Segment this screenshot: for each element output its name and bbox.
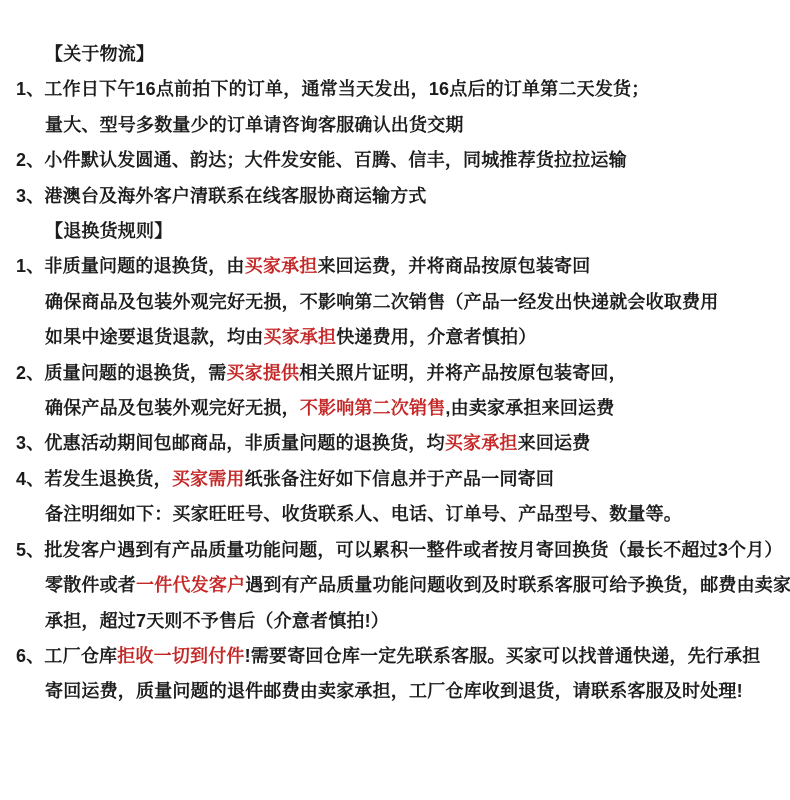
policy-line: 零散件或者一件代发客户遇到有产品质量功能问题收到及时联系客服可给予换货，邮费由卖…	[0, 568, 790, 603]
text-segment: 批发客户遇到有产品质量功能问题，可以累积一整件或者按月寄回换货（最长不超过3个月…	[44, 540, 782, 560]
text-segment: 寄回运费，质量问题的退件邮费由卖家承担，工厂仓库收到退货，请联系客服及时处理!	[45, 681, 743, 701]
text-segment: 小件默认发圆通、韵达；大件发安能、百腾、信丰，同城推荐货拉拉运输	[44, 150, 626, 170]
text-segment: 若发生退换货，	[44, 469, 171, 489]
text-segment: 质量问题的退换货，需	[44, 363, 226, 383]
policy-line: 1、非质量问题的退换货，由买家承担来回运费，并将商品按原包装寄回	[0, 249, 790, 284]
text-segment: 【退换货规则】	[45, 221, 172, 241]
highlighted-text: 买家需用	[172, 469, 245, 489]
policy-line: 2、小件默认发圆通、韵达；大件发安能、百腾、信丰，同城推荐货拉拉运输	[0, 143, 790, 178]
text-segment: 备注明细如下：买家旺旺号、收货联系人、电话、订单号、产品型号、数量等。	[45, 504, 682, 524]
page: { "page": { "background": "#ffffff", "te…	[0, 0, 790, 800]
policy-line: 5、批发客户遇到有产品质量功能问题，可以累积一整件或者按月寄回换货（最长不超过3…	[0, 533, 790, 568]
text-segment: 港澳台及海外客户清联系在线客服协商运输方式	[44, 186, 426, 206]
line-number: 5、	[16, 540, 44, 560]
section-heading: 【关于物流】	[0, 37, 790, 72]
line-number: 1、	[16, 256, 44, 276]
policy-line: 如果中途要退货退款，均由买家承担快递费用，介意者慎拍）	[0, 320, 790, 355]
policy-line: 量大、型号多数量少的订单请咨询客服确认出货交期	[0, 108, 790, 143]
text-segment: 确保产品及包装外观完好无损，	[45, 398, 300, 418]
policy-line: 6、工厂仓库拒收一切到付件!需要寄回仓库一定先联系客服。买家可以找普通快递，先行…	[0, 639, 790, 674]
policy-line: 3、优惠活动期间包邮商品，非质量问题的退换货，均买家承担来回运费	[0, 426, 790, 461]
text-segment: 优惠活动期间包邮商品，非质量问题的退换货，均	[44, 433, 444, 453]
highlighted-text: 买家承担	[263, 327, 336, 347]
text-segment: ,由卖家承担来回运费	[445, 398, 614, 418]
text-segment: 来回运费	[518, 433, 591, 453]
line-number: 2、	[16, 363, 44, 383]
text-segment: 纸张备注好如下信息并于产品一同寄回	[245, 469, 554, 489]
line-number: 6、	[16, 646, 44, 666]
text-segment: 快递费用，介意者慎拍）	[336, 327, 536, 347]
policy-document: 【关于物流】1、工作日下午16点前拍下的订单，通常当天发出，16点后的订单第二天…	[0, 0, 790, 710]
text-segment: 非质量问题的退换货，由	[44, 256, 244, 276]
policy-line: 寄回运费，质量问题的退件邮费由卖家承担，工厂仓库收到退货，请联系客服及时处理!	[0, 674, 790, 709]
policy-line: 3、港澳台及海外客户清联系在线客服协商运输方式	[0, 179, 790, 214]
text-segment: 零散件或者	[45, 575, 136, 595]
policy-line: 备注明细如下：买家旺旺号、收货联系人、电话、订单号、产品型号、数量等。	[0, 497, 790, 532]
highlighted-text: 买家承担	[245, 256, 318, 276]
highlighted-text: 一件代发客户	[136, 575, 245, 595]
policy-line: 确保产品及包装外观完好无损，不影响第二次销售,由卖家承担来回运费	[0, 391, 790, 426]
text-segment: 如果中途要退货退款，均由	[45, 327, 263, 347]
text-segment: 工作日下午16点前拍下的订单，通常当天发出，16点后的订单第二天发货；	[44, 79, 649, 99]
highlighted-text: 不影响第二次销售	[300, 398, 446, 418]
line-number: 4、	[16, 469, 44, 489]
highlighted-text: 买家承担	[445, 433, 518, 453]
policy-line: 承担，超过7天则不予售后（介意者慎拍!）	[0, 604, 790, 639]
policy-line: 确保商品及包装外观完好无损，不影响第二次销售（产品一经发出快递就会收取费用	[0, 285, 790, 320]
text-segment: !需要寄回仓库一定先联系客服。买家可以找普通快递，先行承担	[245, 646, 761, 666]
line-number: 3、	[16, 433, 44, 453]
section-heading: 【退换货规则】	[0, 214, 790, 249]
policy-line: 1、工作日下午16点前拍下的订单，通常当天发出，16点后的订单第二天发货；	[0, 72, 790, 107]
highlighted-text: 买家提供	[226, 363, 299, 383]
text-segment: 来回运费，并将商品按原包装寄回	[317, 256, 590, 276]
text-segment: 确保商品及包装外观完好无损，不影响第二次销售（产品一经发出快递就会收取费用	[45, 292, 718, 312]
line-number: 2、	[16, 150, 44, 170]
text-segment: 遇到有产品质量功能问题收到及时联系客服可给予换货，邮费由卖家	[245, 575, 790, 595]
text-segment: 【关于物流】	[45, 44, 154, 64]
policy-line: 4、若发生退换货，买家需用纸张备注好如下信息并于产品一同寄回	[0, 462, 790, 497]
policy-line: 2、质量问题的退换货，需买家提供相关照片证明，并将产品按原包装寄回，	[0, 356, 790, 391]
text-segment: 工厂仓库	[44, 646, 117, 666]
line-number: 1、	[16, 79, 44, 99]
text-segment: 相关照片证明，并将产品按原包装寄回，	[299, 363, 627, 383]
text-segment: 量大、型号多数量少的订单请咨询客服确认出货交期	[45, 115, 464, 135]
line-number: 3、	[16, 186, 44, 206]
highlighted-text: 拒收一切到付件	[117, 646, 244, 666]
text-segment: 承担，超过7天则不予售后（介意者慎拍!）	[45, 611, 389, 631]
